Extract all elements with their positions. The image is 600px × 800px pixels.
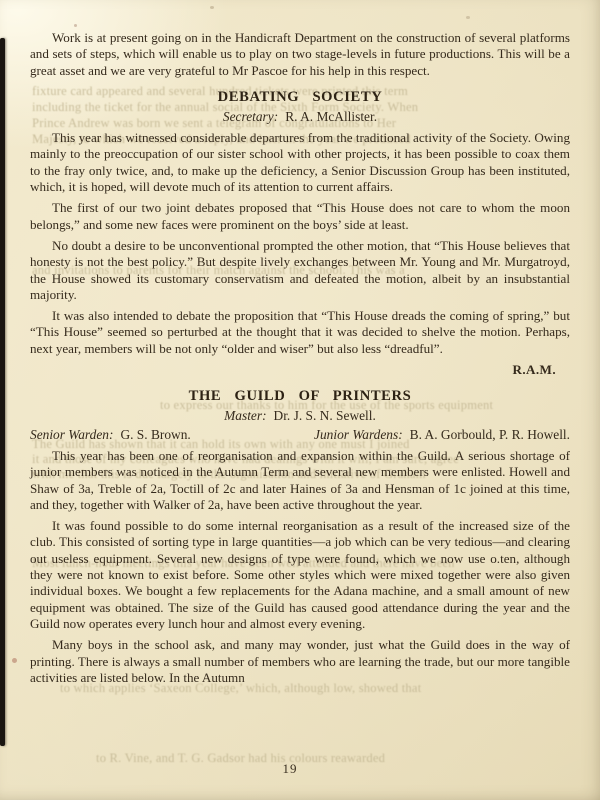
secretary-label: Secretary:	[223, 109, 278, 124]
debating-paragraph-3: No doubt a desire to be unconventional p…	[30, 238, 570, 303]
secretary-line: Secretary:R. A. McAllister.	[30, 109, 570, 125]
guild-paragraph-1: This year has been one of reorganisation…	[30, 448, 570, 513]
debating-society-heading: DEBATING SOCIETY	[30, 88, 570, 106]
guild-paragraph-2: It was found possible to do some interna…	[30, 518, 570, 632]
guild-of-printers-heading: THE GUILD OF PRINTERS	[30, 387, 570, 405]
senior-warden-label: Senior Warden:	[30, 427, 113, 442]
master-label: Master:	[224, 408, 266, 423]
scanned-magazine-page: fixture card appeared and several hundre…	[0, 0, 600, 800]
signature-initials: R.A.M.	[30, 362, 570, 378]
master-line: Master:Dr. J. S. N. Sewell.	[30, 408, 570, 424]
guild-paragraph-3: Many boys in the school ask, and many ma…	[30, 637, 570, 686]
junior-wardens: Junior Wardens:B. A. Gorbould, P. R. How…	[314, 427, 570, 443]
debating-paragraph-4: It was also intended to debate the propo…	[30, 308, 570, 357]
junior-wardens-label: Junior Wardens:	[314, 427, 403, 442]
senior-warden: Senior Warden:G. S. Brown.	[30, 427, 191, 443]
debating-paragraph-1: This year has witnessed considerable dep…	[30, 130, 570, 195]
senior-warden-name: G. S. Brown.	[120, 427, 190, 442]
page-number: 19	[0, 761, 580, 777]
debating-paragraph-2: The first of our two joint debates propo…	[30, 200, 570, 233]
master-name: Dr. J. S. N. Sewell.	[274, 408, 376, 423]
page-content: Work is at present going on in the Handi…	[30, 30, 570, 691]
wardens-line: Senior Warden:G. S. Brown. Junior Warden…	[30, 427, 570, 443]
secretary-name: R. A. McAllister.	[285, 109, 377, 124]
junior-wardens-name: B. A. Gorbould, P. R. Howell.	[410, 427, 570, 442]
intro-paragraph: Work is at present going on in the Handi…	[30, 30, 570, 79]
